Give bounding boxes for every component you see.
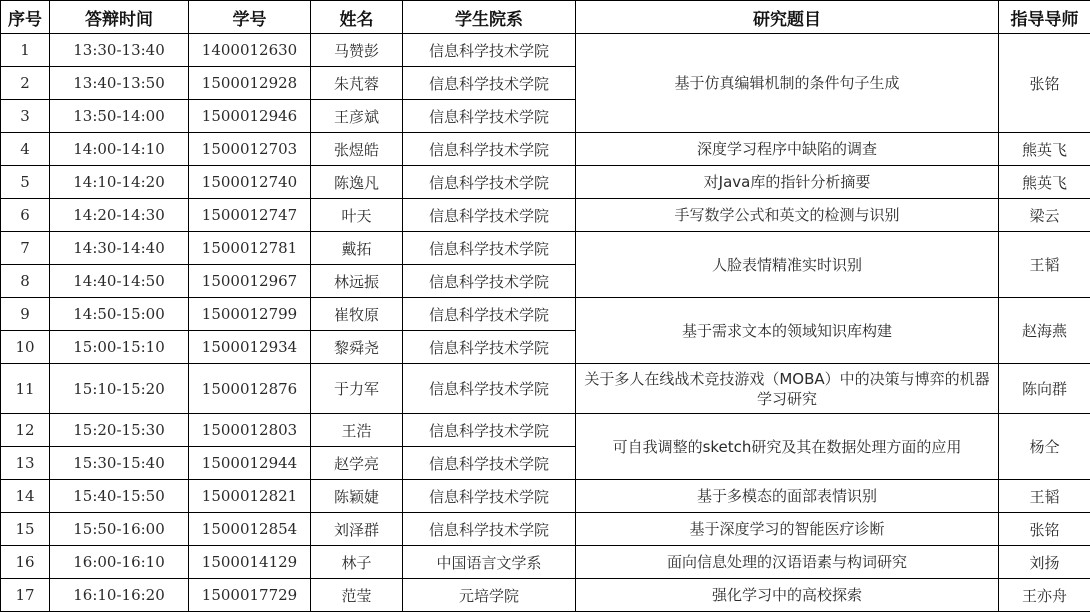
- cell-topic: 基于需求文本的领域知识库构建: [576, 298, 999, 364]
- cell-name: 黎舜尧: [311, 331, 403, 364]
- cell-student-id: 1500012747: [189, 199, 311, 232]
- cell-index: 4: [1, 133, 50, 166]
- cell-index: 7: [1, 232, 50, 265]
- table-row: 12 15:20-15:30 1500012803 王浩 信息科学技术学院 可自…: [1, 414, 1090, 447]
- cell-advisor: 刘扬: [999, 546, 1090, 579]
- cell-topic: 深度学习程序中缺陷的调查: [576, 133, 999, 166]
- cell-department: 信息科学技术学院: [403, 67, 576, 100]
- cell-index: 14: [1, 480, 50, 513]
- cell-name: 王彦斌: [311, 100, 403, 133]
- cell-student-id: 1400012630: [189, 34, 311, 67]
- cell-name: 崔牧原: [311, 298, 403, 331]
- cell-topic: 对Java库的指针分析摘要: [576, 166, 999, 199]
- cell-advisor: 杨仝: [999, 414, 1090, 480]
- cell-student-id: 1500012967: [189, 265, 311, 298]
- cell-time: 13:30-13:40: [50, 34, 189, 67]
- header-row: 序号 答辩时间 学号 姓名 学生院系 研究题目 指导导师: [1, 1, 1090, 34]
- cell-department: 信息科学技术学院: [403, 414, 576, 447]
- cell-department: 信息科学技术学院: [403, 298, 576, 331]
- cell-topic: 人脸表情精准实时识别: [576, 232, 999, 298]
- cell-name: 王浩: [311, 414, 403, 447]
- cell-index: 5: [1, 166, 50, 199]
- cell-index: 15: [1, 513, 50, 546]
- cell-student-id: 1500017729: [189, 579, 311, 612]
- cell-department: 信息科学技术学院: [403, 265, 576, 298]
- cell-advisor: 张铭: [999, 34, 1090, 133]
- cell-department: 信息科学技术学院: [403, 133, 576, 166]
- header-time: 答辩时间: [50, 1, 189, 34]
- cell-department: 信息科学技术学院: [403, 34, 576, 67]
- cell-time: 14:20-14:30: [50, 199, 189, 232]
- cell-advisor: 王亦舟: [999, 579, 1090, 612]
- table-row: 1 13:30-13:40 1400012630 马赞彭 信息科学技术学院 基于…: [1, 34, 1090, 67]
- cell-name: 林子: [311, 546, 403, 579]
- cell-time: 13:40-13:50: [50, 67, 189, 100]
- cell-name: 朱芃蓉: [311, 67, 403, 100]
- table-row: 17 16:10-16:20 1500017729 范莹 元培学院 强化学习中的…: [1, 579, 1090, 612]
- header-topic: 研究题目: [576, 1, 999, 34]
- cell-time: 15:10-15:20: [50, 364, 189, 414]
- table-row: 7 14:30-14:40 1500012781 戴拓 信息科学技术学院 人脸表…: [1, 232, 1090, 265]
- cell-department: 信息科学技术学院: [403, 232, 576, 265]
- cell-advisor: 梁云: [999, 199, 1090, 232]
- cell-time: 14:00-14:10: [50, 133, 189, 166]
- cell-student-id: 1500012854: [189, 513, 311, 546]
- cell-index: 3: [1, 100, 50, 133]
- cell-topic: 可自我调整的sketch研究及其在数据处理方面的应用: [576, 414, 999, 480]
- cell-index: 1: [1, 34, 50, 67]
- cell-name: 张煜皓: [311, 133, 403, 166]
- cell-index: 17: [1, 579, 50, 612]
- cell-name: 林远振: [311, 265, 403, 298]
- table-row: 14 15:40-15:50 1500012821 陈颖婕 信息科学技术学院 基…: [1, 480, 1090, 513]
- table-row: 9 14:50-15:00 1500012799 崔牧原 信息科学技术学院 基于…: [1, 298, 1090, 331]
- cell-department: 中国语言文学系: [403, 546, 576, 579]
- cell-index: 6: [1, 199, 50, 232]
- cell-advisor: 王韬: [999, 480, 1090, 513]
- cell-time: 13:50-14:00: [50, 100, 189, 133]
- cell-time: 14:30-14:40: [50, 232, 189, 265]
- cell-name: 戴拓: [311, 232, 403, 265]
- header-department: 学生院系: [403, 1, 576, 34]
- cell-name: 陈颖婕: [311, 480, 403, 513]
- cell-department: 信息科学技术学院: [403, 513, 576, 546]
- table-row: 5 14:10-14:20 1500012740 陈逸凡 信息科学技术学院 对J…: [1, 166, 1090, 199]
- cell-student-id: 1500012781: [189, 232, 311, 265]
- table-row: 4 14:00-14:10 1500012703 张煜皓 信息科学技术学院 深度…: [1, 133, 1090, 166]
- header-index: 序号: [1, 1, 50, 34]
- cell-student-id: 1500012934: [189, 331, 311, 364]
- defense-schedule-table: 序号 答辩时间 学号 姓名 学生院系 研究题目 指导导师 1 13:30-13:…: [0, 0, 1090, 612]
- cell-department: 信息科学技术学院: [403, 480, 576, 513]
- cell-time: 14:10-14:20: [50, 166, 189, 199]
- cell-name: 于力军: [311, 364, 403, 414]
- cell-time: 16:10-16:20: [50, 579, 189, 612]
- cell-student-id: 1500012946: [189, 100, 311, 133]
- cell-student-id: 1500012944: [189, 447, 311, 480]
- cell-advisor: 熊英飞: [999, 133, 1090, 166]
- cell-department: 元培学院: [403, 579, 576, 612]
- cell-index: 9: [1, 298, 50, 331]
- header-advisor: 指导导师: [999, 1, 1090, 34]
- cell-student-id: 1500014129: [189, 546, 311, 579]
- table-row: 11 15:10-15:20 1500012876 于力军 信息科学技术学院 关…: [1, 364, 1090, 414]
- cell-advisor: 赵海燕: [999, 298, 1090, 364]
- cell-time: 15:30-15:40: [50, 447, 189, 480]
- table-row: 6 14:20-14:30 1500012747 叶天 信息科学技术学院 手写数…: [1, 199, 1090, 232]
- cell-index: 10: [1, 331, 50, 364]
- cell-index: 16: [1, 546, 50, 579]
- cell-index: 11: [1, 364, 50, 414]
- cell-topic: 基于仿真编辑机制的条件句子生成: [576, 34, 999, 133]
- cell-student-id: 1500012821: [189, 480, 311, 513]
- table-row: 15 15:50-16:00 1500012854 刘泽群 信息科学技术学院 基…: [1, 513, 1090, 546]
- cell-topic: 基于深度学习的智能医疗诊断: [576, 513, 999, 546]
- cell-index: 13: [1, 447, 50, 480]
- cell-topic: 强化学习中的高校探索: [576, 579, 999, 612]
- cell-department: 信息科学技术学院: [403, 447, 576, 480]
- cell-name: 刘泽群: [311, 513, 403, 546]
- cell-time: 14:50-15:00: [50, 298, 189, 331]
- cell-topic: 基于多模态的面部表情识别: [576, 480, 999, 513]
- table-row: 16 16:00-16:10 1500014129 林子 中国语言文学系 面向信…: [1, 546, 1090, 579]
- cell-name: 范莹: [311, 579, 403, 612]
- cell-time: 14:40-14:50: [50, 265, 189, 298]
- header-student-id: 学号: [189, 1, 311, 34]
- cell-topic: 面向信息处理的汉语语素与构词研究: [576, 546, 999, 579]
- cell-department: 信息科学技术学院: [403, 364, 576, 414]
- header-name: 姓名: [311, 1, 403, 34]
- cell-department: 信息科学技术学院: [403, 199, 576, 232]
- cell-time: 16:00-16:10: [50, 546, 189, 579]
- cell-topic: 关于多人在线战术竞技游戏（MOBA）中的决策与博弈的机器学习研究: [576, 364, 999, 414]
- cell-student-id: 1500012803: [189, 414, 311, 447]
- cell-student-id: 1500012740: [189, 166, 311, 199]
- cell-advisor: 陈向群: [999, 364, 1090, 414]
- cell-time: 15:00-15:10: [50, 331, 189, 364]
- cell-index: 8: [1, 265, 50, 298]
- cell-advisor: 王韬: [999, 232, 1090, 298]
- cell-name: 马赞彭: [311, 34, 403, 67]
- cell-name: 陈逸凡: [311, 166, 403, 199]
- cell-department: 信息科学技术学院: [403, 331, 576, 364]
- cell-index: 12: [1, 414, 50, 447]
- cell-advisor: 张铭: [999, 513, 1090, 546]
- cell-time: 15:50-16:00: [50, 513, 189, 546]
- cell-department: 信息科学技术学院: [403, 100, 576, 133]
- cell-department: 信息科学技术学院: [403, 166, 576, 199]
- cell-time: 15:40-15:50: [50, 480, 189, 513]
- cell-student-id: 1500012799: [189, 298, 311, 331]
- cell-name: 叶天: [311, 199, 403, 232]
- cell-index: 2: [1, 67, 50, 100]
- cell-advisor: 熊英飞: [999, 166, 1090, 199]
- cell-student-id: 1500012928: [189, 67, 311, 100]
- cell-time: 15:20-15:30: [50, 414, 189, 447]
- cell-topic: 手写数学公式和英文的检测与识别: [576, 199, 999, 232]
- cell-name: 赵学亮: [311, 447, 403, 480]
- cell-student-id: 1500012703: [189, 133, 311, 166]
- cell-student-id: 1500012876: [189, 364, 311, 414]
